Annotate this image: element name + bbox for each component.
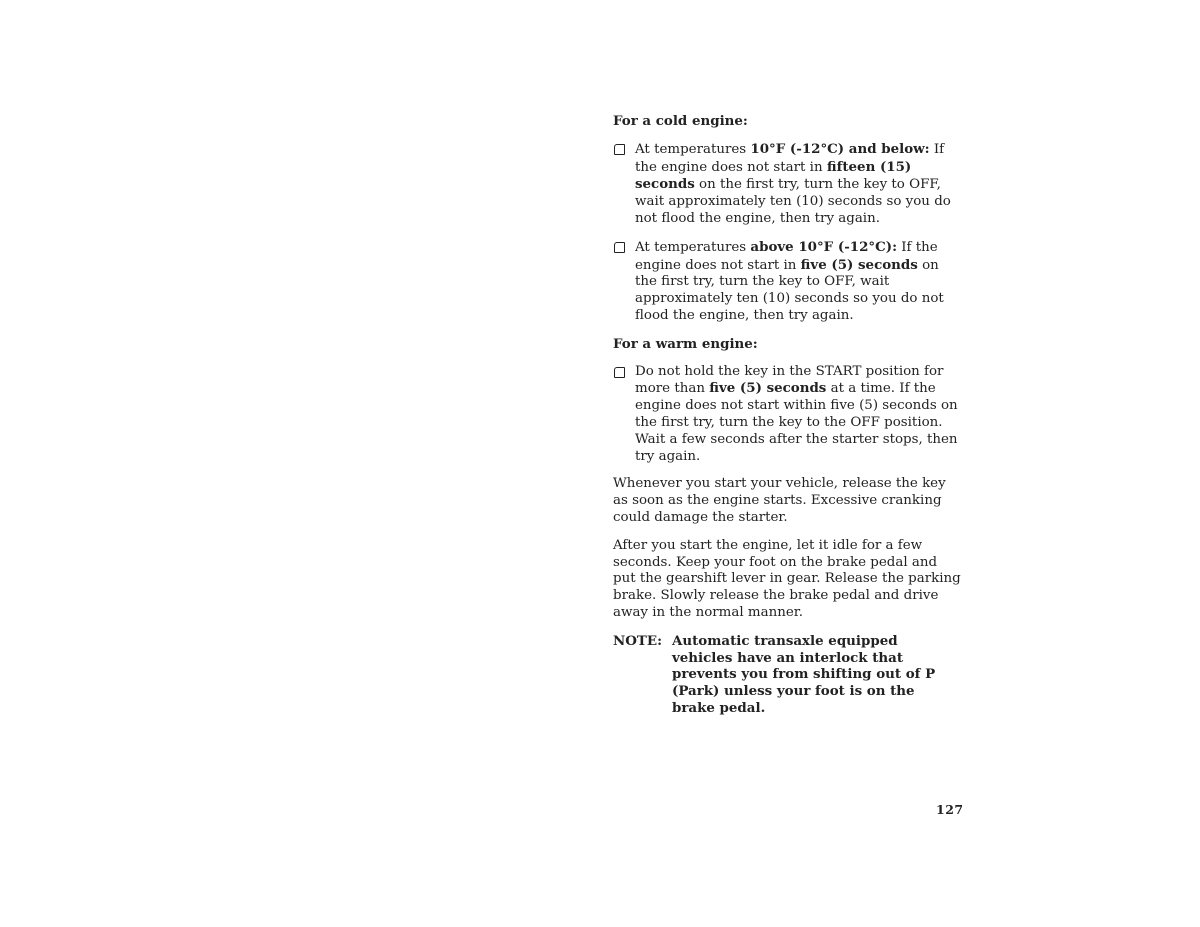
paragraph: After you start the engine, let it idle …	[613, 538, 961, 622]
checkbox-bullet-icon	[614, 144, 625, 155]
checkbox-bullet-icon	[614, 242, 625, 253]
paragraph: Whenever you start your vehicle, release…	[613, 476, 961, 526]
bullet-item: Do not hold the key in the START positio…	[613, 364, 961, 466]
note-text: Automatic transaxle equipped vehicles ha…	[672, 633, 961, 717]
section-heading: For a warm engine:	[613, 336, 961, 353]
bullet-item: At temperatures 10°F (-12°C) and below: …	[613, 141, 961, 228]
section-heading: For a cold engine:	[613, 113, 961, 130]
text-column: For a cold engine:At temperatures 10°F (…	[613, 113, 961, 728]
page-number: 127	[936, 802, 964, 817]
manual-page: For a cold engine:At temperatures 10°F (…	[0, 0, 1200, 927]
bullet-text: At temperatures 10°F (-12°C) and below: …	[635, 142, 951, 226]
bullet-text: At temperatures above 10°F (-12°C): If t…	[635, 240, 944, 323]
note-block: NOTE:Automatic transaxle equipped vehicl…	[613, 633, 961, 717]
checkbox-bullet-icon	[614, 367, 625, 378]
bullet-item: At temperatures above 10°F (-12°C): If t…	[613, 239, 961, 325]
bullet-text: Do not hold the key in the START positio…	[635, 364, 958, 464]
note-label: NOTE:	[613, 633, 672, 717]
